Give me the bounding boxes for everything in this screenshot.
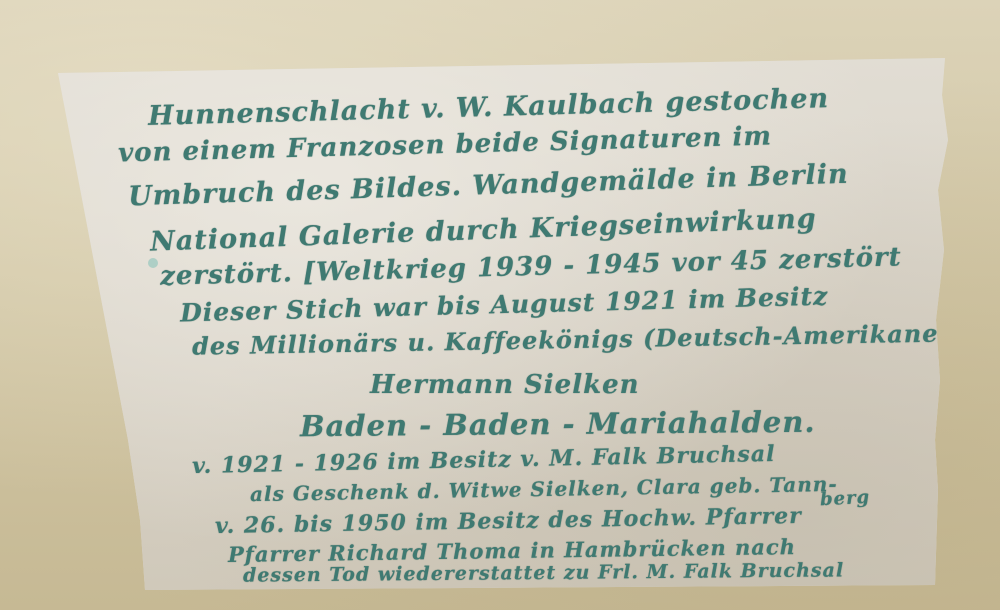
note-line: v. 1921 - 1926 im Besitz v. M. Falk Bruc… <box>192 441 776 479</box>
note-line: Umbruch des Bildes. Wandgemälde in Berli… <box>128 159 849 213</box>
handwritten-note-paper: Hunnenschlacht v. W. Kaulbach gestochen … <box>0 0 1000 610</box>
note-line: dessen Tod wiedererstattet zu Frl. M. Fa… <box>243 559 844 586</box>
note-line: v. 26. bis 1950 im Besitz des Hochw. Pfa… <box>215 503 802 539</box>
ink-spot <box>148 258 158 268</box>
note-name-line: Hermann Sielken <box>370 370 640 400</box>
note-line: als Geschenk d. Witwe Sielken, Clara geb… <box>250 472 838 506</box>
note-insertion: berg <box>819 487 870 511</box>
note-line: des Millionärs u. Kaffeekönigs (Deutsch-… <box>192 318 953 360</box>
note-place-line: Baden - Baden - Mariahalden. <box>300 405 816 443</box>
